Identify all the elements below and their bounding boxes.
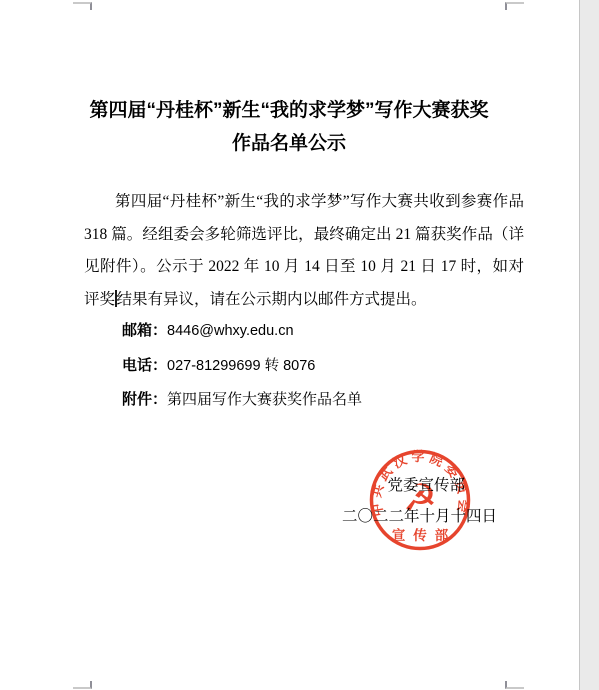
phone-label: 电话： [122,358,167,374]
margin-crop-mark-bottom-left [73,681,92,689]
document-title-line2: 作品名单公示 [232,133,346,154]
signature-date[interactable]: 二〇二二年十月十四日 [0,508,497,526]
attachment-value: 第四届写作大赛获奖作品名单 [167,392,362,408]
official-seal-stamp[interactable]: 中共武汉学院委员会 ☭ 宣传部 [368,448,472,552]
signature-department[interactable]: 党委宣传部 [0,477,465,495]
document-title[interactable]: 第四届“丹桂杯”新生“我的求学梦”写作大赛获奖 作品名单公示 [0,94,578,160]
paragraph-text-after-caret: 结果有异议，请在公示期内以邮件方式提出。 [117,291,427,308]
contact-row-email[interactable]: 邮箱：8446@whxy.edu.cn [122,314,542,349]
contact-row-attachment[interactable]: 附件：第四届写作大赛获奖作品名单 [122,383,542,418]
email-value: 8446@whxy.edu.cn [167,323,294,339]
margin-crop-mark-top-right [505,2,524,10]
contact-list: 邮箱：8446@whxy.edu.cn 电话：027-81299699 转 80… [122,314,542,418]
attachment-label: 附件： [122,392,167,408]
email-label: 邮箱： [122,323,167,339]
margin-crop-mark-top-left [73,2,92,10]
body-paragraph[interactable]: 第四届“丹桂杯”新生“我的求学梦”写作大赛共收到参赛作品 318 篇。经组委会多… [84,186,524,316]
document-title-line1: 第四届“丹桂杯”新生“我的求学梦”写作大赛获奖 [89,100,488,121]
margin-crop-mark-bottom-right [505,681,524,689]
phone-value: 027-81299699 转 8076 [167,358,315,374]
seal-bottom-text: 宣传部 [392,527,457,543]
contact-row-phone[interactable]: 电话：027-81299699 转 8076 [122,349,542,384]
window-background-strip [579,0,599,690]
